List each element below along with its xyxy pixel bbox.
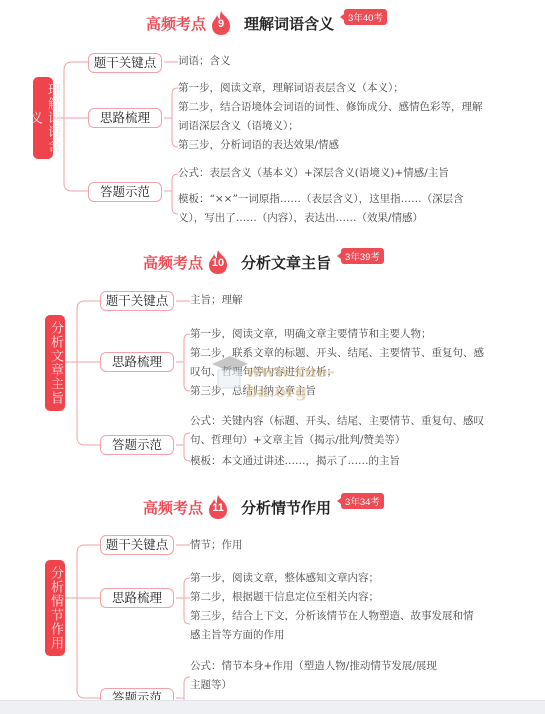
watermark-text: www.xue-ba.org <box>246 362 390 402</box>
branch-node-approach: 思路梳理 <box>100 588 174 608</box>
leaf-text: 模板：“××”一词原指……（表层含义），这里指……（深层含 <box>178 190 464 209</box>
graduation-cap-icon <box>210 352 250 392</box>
branch-node-example: 答题示范 <box>88 182 162 202</box>
bottom-toolbar <box>0 700 545 714</box>
section-kaodian-9: 高频考点 9 理解词语含义 3年40考 理解词语含义 题干关键点 思路梳理 答题… <box>0 0 545 240</box>
branch-node-keypoints: 题干关键点 <box>88 53 162 73</box>
leaf-text: 第二步，根据题干信息定位至相关内容； <box>190 588 379 607</box>
leaf-text: 情节；作用 <box>190 536 243 555</box>
root-node: 分析文章主旨 <box>45 315 65 411</box>
leaf-text: 公式：情节本身+作用（塑造人物/推动情节发展/展现 <box>190 657 437 676</box>
leaf-text: 公式：表层含义（基本义）+深层含义(语境义)+情感/主旨 <box>178 164 449 183</box>
root-node: 分析情节作用 <box>45 560 65 656</box>
leaf-text: 主旨；理解 <box>190 291 243 310</box>
section-kaodian-10: 高频考点 10 分析文章主旨 3年39考 分析文章主旨 题干关键点 思路梳理 答… <box>0 240 545 480</box>
leaf-text: 词语；含义 <box>178 52 231 71</box>
branch-node-keypoints: 题干关键点 <box>100 535 174 555</box>
leaf-text: 词语深层含义（语境义）； <box>178 117 299 136</box>
leaf-text: 公式：关键内容（标题、开头、结尾、主要情节、重复句、感叹 <box>190 412 484 431</box>
branch-node-approach: 思路梳理 <box>100 352 174 372</box>
leaf-text: 模板：本文通过讲述……，揭示了……的主旨 <box>190 452 400 471</box>
leaf-text: 感主旨等方面的作用 <box>190 626 285 645</box>
leaf-text: 第三步，结合上下文，分析该情节在人物塑造、故事发展和情 <box>190 607 474 626</box>
root-node: 理解词语含义 <box>33 77 53 159</box>
branch-node-example: 答题示范 <box>100 435 174 455</box>
leaf-text: 主题等） <box>190 676 232 695</box>
leaf-text: 第三步，分析词语的表达效果/情感 <box>178 136 339 155</box>
watermark: www.xue-ba.org <box>210 352 390 392</box>
branch-node-approach: 思路梳理 <box>88 108 162 128</box>
leaf-text: 第二步，结合语境体会词语的词性、修饰成分、感情色彩等，理解 <box>178 98 483 117</box>
leaf-text: 义），写出了……（内容），表达出……（效果/情感） <box>178 209 423 228</box>
leaf-text: 第一步，阅读文章，明确文章主要情节和主要人物； <box>190 325 432 344</box>
leaf-text: 句、哲理句）+文章主旨（揭示/批判/赞美等） <box>190 431 405 450</box>
leaf-text: 第一步，阅读文章，整体感知文章内容； <box>190 569 379 588</box>
section-kaodian-11: 高频考点 11 分析情节作用 3年34考 分析情节作用 题干关键点 思路梳理 答… <box>0 480 545 700</box>
branch-node-example: 答题示范 <box>100 688 174 700</box>
branch-node-keypoints: 题干关键点 <box>100 291 174 311</box>
leaf-text: 第一步，阅读文章，理解词语表层含义（本义）； <box>178 79 404 98</box>
